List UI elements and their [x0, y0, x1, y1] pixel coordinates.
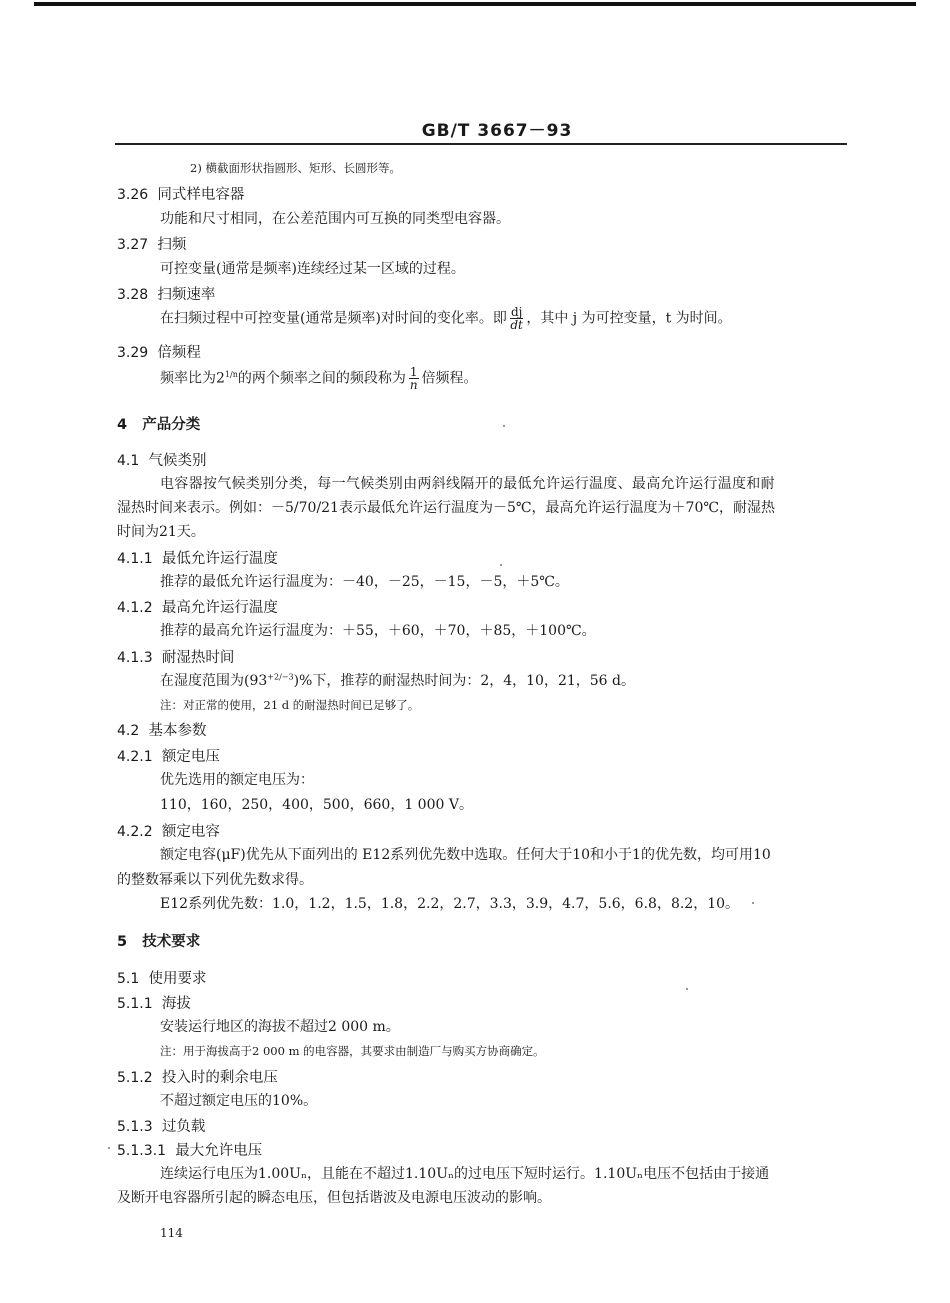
- section-3-29-body: 频率比为21/n的两个频率之间的频段称为1n倍频程。: [160, 366, 478, 391]
- section-3-27-heading: 3.27 扫频: [117, 233, 186, 254]
- scan-speck: [500, 564, 502, 566]
- exponent-1-over-n: 1/n: [225, 370, 238, 379]
- standard-code-header: GB/T 3667－93: [22, 116, 950, 141]
- section-3-29-heading: 3.29 倍频程: [117, 341, 201, 362]
- scan-speck: [752, 902, 754, 904]
- section-4-2-1-voltage-list: 110，160，250，400，500，660，1 000 V。: [160, 794, 473, 814]
- section-4-2-1-body-line-1: 优先选用的额定电压为：: [160, 769, 314, 789]
- section-5-1-3-heading: 5.1.3 过负载: [117, 1115, 205, 1136]
- chapter-4-heading: 4 产品分类: [117, 413, 200, 434]
- section-5-1-heading: 5.1 使用要求: [117, 967, 206, 988]
- section-5-1-1-note: 注：用于海拔高于2 000 m 的电容器，其要求由制造厂与购买方协商确定。: [160, 1043, 545, 1059]
- scan-top-border: [34, 2, 916, 6]
- footnote-cross-section: 2) 横截面形状指圆形、矩形、长圆形等。: [190, 160, 401, 176]
- section-5-1-3-1-body-line-1: 连续运行电压为1.00Uₙ，且能在不超过1.10Uₙ的过电压下短时运行。1.10…: [160, 1163, 769, 1183]
- section-4-1-3-body: 在湿度范围为(93+2/−3)%下，推荐的耐湿热时间为：2，4，10，21，56…: [160, 670, 635, 690]
- scan-speck: [686, 988, 688, 990]
- section-4-1-3-note: 注：对正常的使用，21 d 的耐湿热时间已足够了。: [160, 697, 419, 713]
- section-5-1-3-1-heading: 5.1.3.1 最大允许电压: [117, 1139, 262, 1160]
- section-4-1-1-body: 推荐的最低允许运行温度为：－40，－25，－15，－5，＋5℃。: [160, 571, 569, 591]
- section-4-1-2-body: 推荐的最高允许运行温度为：＋55，＋60，＋70，＋85，＋100℃。: [160, 620, 596, 640]
- fraction-1-over-n: 1n: [409, 366, 419, 391]
- humidity-tolerance: +2/−3: [267, 672, 293, 681]
- section-3-27-body: 可控变量(通常是频率)连续经过某一区域的过程。: [160, 258, 465, 278]
- section-4-1-body-line-3: 时间为21天。: [117, 521, 205, 541]
- section-4-2-1-heading: 4.2.1 额定电压: [117, 745, 220, 766]
- section-5-1-2-heading: 5.1.2 投入时的剩余电压: [117, 1066, 278, 1087]
- section-5-1-3-1-body-line-2: 及断开电容器所引起的瞬态电压，但包括谐波及电源电压波动的影响。: [117, 1187, 551, 1207]
- section-4-1-body-line-2: 湿热时间来表示。例如：－5/70/21表示最低允许运行温度为－5℃，最高允许运行…: [117, 497, 775, 517]
- section-4-1-heading: 4.1 气候类别: [117, 449, 206, 470]
- header-rule: [115, 143, 847, 145]
- section-4-2-2-heading: 4.2.2 额定电容: [117, 820, 220, 841]
- section-4-1-3-heading: 4.1.3 耐湿热时间: [117, 646, 234, 667]
- chapter-5-heading: 5 技术要求: [117, 930, 200, 951]
- section-4-2-heading: 4.2 基本参数: [117, 719, 206, 740]
- scan-speck: [108, 1147, 110, 1149]
- section-4-2-2-e12-series: E12系列优先数：1.0，1.2，1.5，1.8，2.2，2.7，3.3，3.9…: [160, 893, 739, 913]
- section-3-26-heading: 3.26 同式样电容器: [117, 183, 244, 204]
- section-4-1-1-heading: 4.1.1 最低允许运行温度: [117, 547, 278, 568]
- section-5-1-2-body: 不超过额定电压的10%。: [160, 1090, 317, 1110]
- section-4-1-body-line-1: 电容器按气候类别分类，每一气候类别由两斜线隔开的最低允许运行温度、最高允许运行温…: [160, 473, 775, 493]
- section-3-28-body: 在扫频过程中可控变量(通常是频率)对时间的变化率。即djdt，其中 j 为可控变…: [160, 306, 732, 331]
- section-3-28-heading: 3.28 扫频速率: [117, 283, 215, 304]
- section-4-1-2-heading: 4.1.2 最高允许运行温度: [117, 596, 278, 617]
- section-3-26-body: 功能和尺寸相同，在公差范围内可互换的同类型电容器。: [160, 208, 510, 228]
- fraction-dj-dt: djdt: [510, 306, 523, 331]
- scan-speck: [503, 425, 505, 427]
- section-5-1-1-body: 安装运行地区的海拔不超过2 000 m。: [160, 1016, 400, 1036]
- section-4-2-2-body-line-2: 的整数幂乘以下列优先数求得。: [117, 869, 313, 889]
- page-number: 114: [160, 1226, 183, 1240]
- section-5-1-1-heading: 5.1.1 海拔: [117, 992, 191, 1013]
- section-4-2-2-body-line-1: 额定电容(μF)优先从下面列出的 E12系列优先数中选取。任何大于10和小于1的…: [160, 844, 771, 864]
